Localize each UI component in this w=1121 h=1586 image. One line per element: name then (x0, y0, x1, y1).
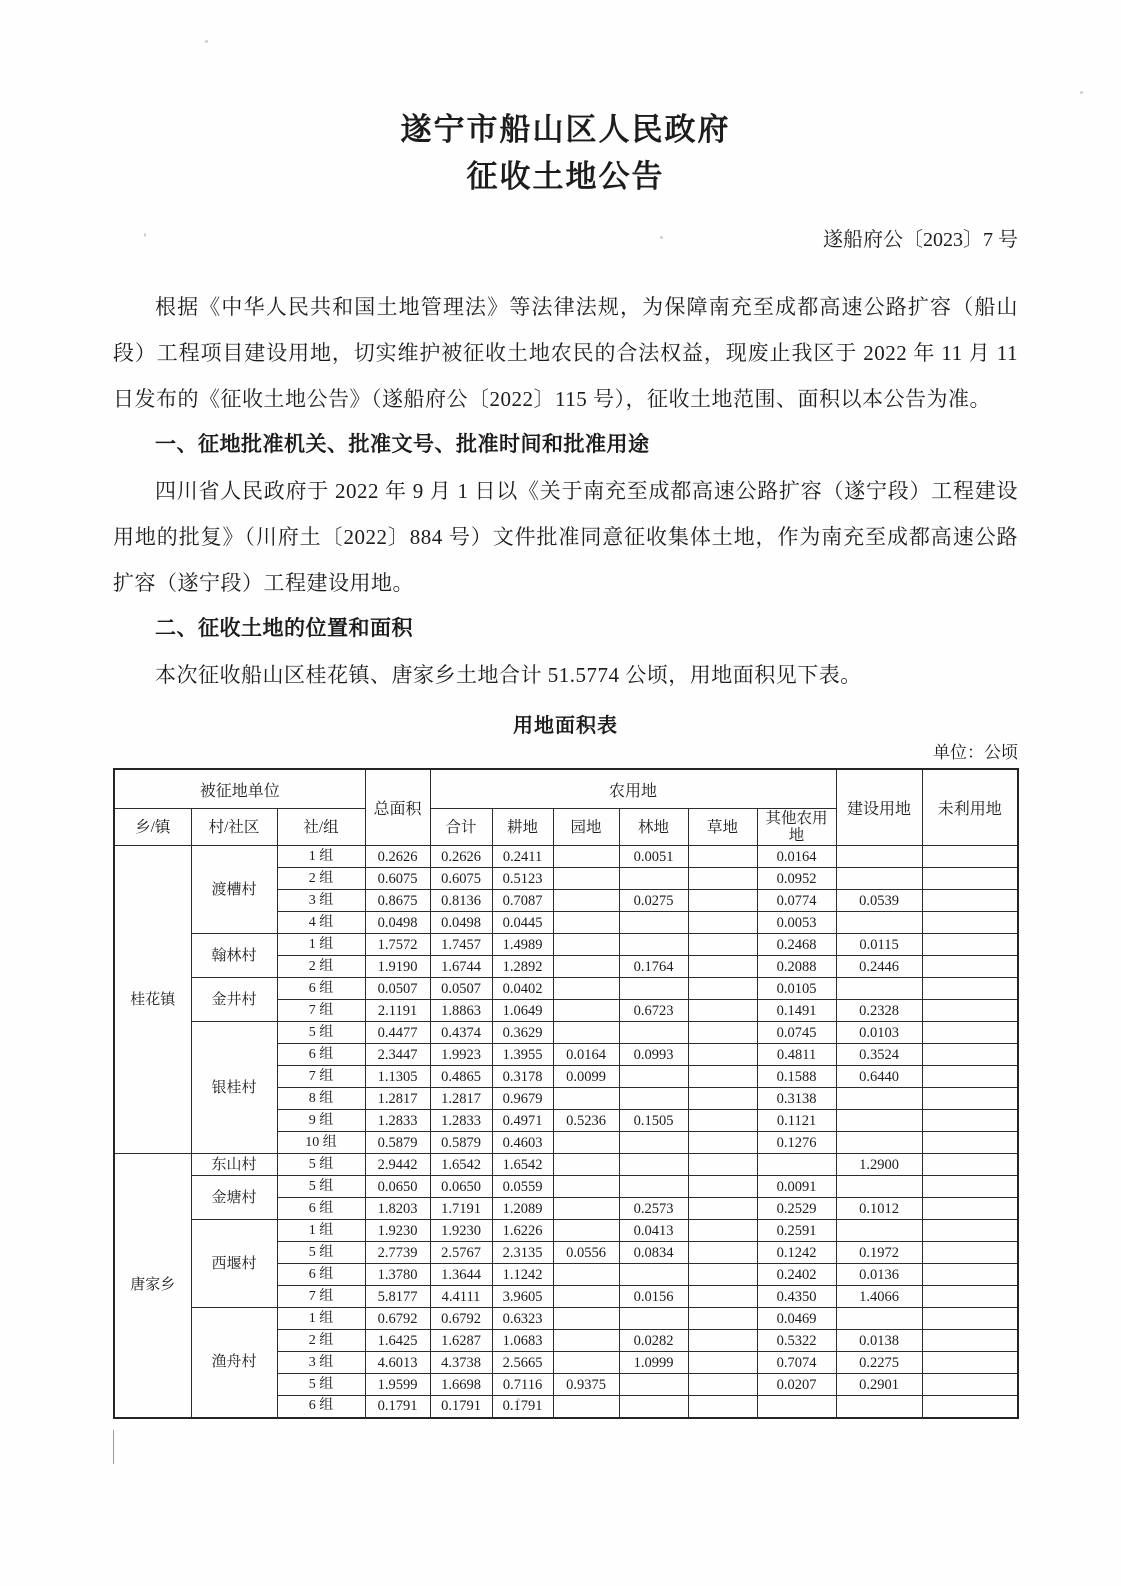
grassland-cell (688, 956, 757, 978)
group-cell: 4 组 (277, 912, 365, 934)
farmland-subtotal-cell: 1.6542 (430, 1154, 492, 1176)
group-cell: 5 组 (277, 1374, 365, 1396)
header-expropriated-unit: 被征地单位 (114, 769, 365, 809)
garden-cell (553, 1220, 619, 1242)
cultivated-cell: 0.4603 (492, 1132, 553, 1154)
construction-cell: 0.1012 (836, 1198, 922, 1220)
garden-cell (553, 846, 619, 868)
farmland-subtotal-cell: 1.2833 (430, 1110, 492, 1132)
other-farmland-cell: 0.0774 (757, 890, 836, 912)
grassland-cell (688, 1022, 757, 1044)
cultivated-cell: 0.5123 (492, 868, 553, 890)
header-township: 乡/镇 (114, 809, 191, 846)
forest-cell: 0.1764 (619, 956, 688, 978)
garden-cell (553, 956, 619, 978)
document-title: 遂宁市船山区人民政府 征收土地公告 (113, 106, 1018, 200)
other-farmland-cell: 0.3138 (757, 1088, 836, 1110)
total-area-cell: 2.9442 (365, 1154, 430, 1176)
total-area-cell: 5.8177 (365, 1286, 430, 1308)
total-area-cell: 1.6425 (365, 1330, 430, 1352)
total-area-cell: 0.2626 (365, 846, 430, 868)
grassland-cell (688, 1154, 757, 1176)
group-cell: 3 组 (277, 1352, 365, 1374)
construction-cell (836, 1176, 922, 1198)
construction-cell (836, 1308, 922, 1330)
village-cell: 银桂村 (191, 1022, 277, 1154)
group-cell: 6 组 (277, 1198, 365, 1220)
forest-cell (619, 1066, 688, 1088)
construction-cell: 0.0539 (836, 890, 922, 912)
unused-cell (922, 1286, 1018, 1308)
other-farmland-cell: 0.7074 (757, 1352, 836, 1374)
paragraph-approval: 四川省人民政府于 2022 年 9 月 1 日以《关于南充至成都高速公路扩容（遂… (113, 468, 1018, 606)
total-area-cell: 0.8675 (365, 890, 430, 912)
document-content: 遂宁市船山区人民政府 征收土地公告 遂船府公〔2023〕7 号 根据《中华人民共… (0, 106, 1121, 1419)
unused-cell (922, 1044, 1018, 1066)
grassland-cell (688, 1132, 757, 1154)
cultivated-cell: 0.2411 (492, 846, 553, 868)
total-area-cell: 0.0507 (365, 978, 430, 1000)
total-area-cell: 0.1791 (365, 1396, 430, 1418)
cultivated-cell: 0.7087 (492, 890, 553, 912)
garden-cell (553, 978, 619, 1000)
construction-cell: 1.4066 (836, 1286, 922, 1308)
group-cell: 8 组 (277, 1088, 365, 1110)
unused-cell (922, 1308, 1018, 1330)
forest-cell (619, 1088, 688, 1110)
construction-cell: 0.6440 (836, 1066, 922, 1088)
forest-cell (619, 1374, 688, 1396)
table-header-row-1: 被征地单位 总面积 农用地 建设用地 未利用地 (114, 769, 1018, 809)
construction-cell (836, 1088, 922, 1110)
farmland-subtotal-cell: 2.5767 (430, 1242, 492, 1264)
other-farmland-cell: 0.2088 (757, 956, 836, 978)
farmland-subtotal-cell: 1.9923 (430, 1044, 492, 1066)
table-row: 翰林村1 组1.75721.74571.49890.24680.0115 (114, 934, 1018, 956)
construction-cell: 0.2446 (836, 956, 922, 978)
garden-cell: 0.0164 (553, 1044, 619, 1066)
grassland-cell (688, 1110, 757, 1132)
farmland-subtotal-cell: 0.6075 (430, 868, 492, 890)
unused-cell (922, 1022, 1018, 1044)
village-cell: 渡槽村 (191, 846, 277, 934)
scan-speck (517, 1398, 520, 1401)
cultivated-cell: 0.0559 (492, 1176, 553, 1198)
grassland-cell (688, 1286, 757, 1308)
forest-cell: 0.0834 (619, 1242, 688, 1264)
header-group: 社/组 (277, 809, 365, 846)
unused-cell (922, 978, 1018, 1000)
cultivated-cell: 1.1242 (492, 1264, 553, 1286)
construction-cell: 1.2900 (836, 1154, 922, 1176)
garden-cell (553, 1088, 619, 1110)
farmland-subtotal-cell: 1.8863 (430, 1000, 492, 1022)
forest-cell: 0.0413 (619, 1220, 688, 1242)
scan-speck (1080, 91, 1083, 94)
header-forest: 林地 (619, 809, 688, 846)
cultivated-cell: 1.3955 (492, 1044, 553, 1066)
forest-cell (619, 1022, 688, 1044)
grassland-cell (688, 1330, 757, 1352)
grassland-cell (688, 1000, 757, 1022)
other-farmland-cell: 0.0164 (757, 846, 836, 868)
unused-cell (922, 1110, 1018, 1132)
farmland-subtotal-cell: 1.6744 (430, 956, 492, 978)
cultivated-cell: 3.9605 (492, 1286, 553, 1308)
grassland-cell (688, 1066, 757, 1088)
table-row: 唐家乡东山村5 组2.94421.65421.65421.2900 (114, 1154, 1018, 1176)
unused-cell (922, 1000, 1018, 1022)
grassland-cell (688, 1264, 757, 1286)
group-cell: 3 组 (277, 890, 365, 912)
other-farmland-cell (757, 1154, 836, 1176)
farmland-subtotal-cell: 0.6792 (430, 1308, 492, 1330)
unused-cell (922, 846, 1018, 868)
total-area-cell: 1.9190 (365, 956, 430, 978)
construction-cell (836, 1396, 922, 1418)
grassland-cell (688, 1088, 757, 1110)
scan-speck (205, 40, 208, 43)
garden-cell (553, 1352, 619, 1374)
township-cell: 唐家乡 (114, 1154, 191, 1418)
group-cell: 2 组 (277, 1330, 365, 1352)
total-area-cell: 0.6792 (365, 1308, 430, 1330)
total-area-cell: 1.2817 (365, 1088, 430, 1110)
grassland-cell (688, 890, 757, 912)
village-cell: 东山村 (191, 1154, 277, 1176)
forest-cell: 0.0275 (619, 890, 688, 912)
group-cell: 6 组 (277, 1044, 365, 1066)
forest-cell: 0.1505 (619, 1110, 688, 1132)
farmland-subtotal-cell: 0.1791 (430, 1396, 492, 1418)
farmland-subtotal-cell: 0.2626 (430, 846, 492, 868)
total-area-cell: 2.7739 (365, 1242, 430, 1264)
section-heading-approval: 一、征地批准机关、批准文号、批准时间和批准用途 (113, 422, 1018, 468)
grassland-cell (688, 912, 757, 934)
header-other-farmland: 其他农用地 (757, 809, 836, 846)
other-farmland-cell: 0.4350 (757, 1286, 836, 1308)
group-cell: 7 组 (277, 1000, 365, 1022)
table-title: 用地面积表 (113, 712, 1018, 740)
cultivated-cell: 0.6323 (492, 1308, 553, 1330)
garden-cell: 0.0556 (553, 1242, 619, 1264)
construction-cell (836, 1110, 922, 1132)
cultivated-cell: 0.0402 (492, 978, 553, 1000)
other-farmland-cell: 0.0091 (757, 1176, 836, 1198)
other-farmland-cell: 0.1276 (757, 1132, 836, 1154)
unused-cell (922, 868, 1018, 890)
group-cell: 1 组 (277, 846, 365, 868)
total-area-cell: 0.5879 (365, 1132, 430, 1154)
farmland-subtotal-cell: 1.3644 (430, 1264, 492, 1286)
unused-cell (922, 1198, 1018, 1220)
group-cell: 1 组 (277, 934, 365, 956)
header-cultivated: 耕地 (492, 809, 553, 846)
garden-cell (553, 1264, 619, 1286)
other-farmland-cell: 0.0207 (757, 1374, 836, 1396)
header-grassland: 草地 (688, 809, 757, 846)
cultivated-cell: 2.5665 (492, 1352, 553, 1374)
header-village: 村/社区 (191, 809, 277, 846)
grassland-cell (688, 1374, 757, 1396)
unused-cell (922, 1154, 1018, 1176)
section-heading-location: 二、征收土地的位置和面积 (113, 606, 1018, 652)
group-cell: 6 组 (277, 1396, 365, 1418)
forest-cell (619, 1176, 688, 1198)
other-farmland-cell: 0.1121 (757, 1110, 836, 1132)
forest-cell: 0.0993 (619, 1044, 688, 1066)
farmland-subtotal-cell: 0.4865 (430, 1066, 492, 1088)
farmland-subtotal-cell: 1.7457 (430, 934, 492, 956)
farmland-subtotal-cell: 1.2817 (430, 1088, 492, 1110)
group-cell: 5 组 (277, 1154, 365, 1176)
header-subtotal: 合计 (430, 809, 492, 846)
table-row: 金塘村5 组0.06500.06500.05590.0091 (114, 1176, 1018, 1198)
grassland-cell (688, 1396, 757, 1418)
construction-cell: 0.2275 (836, 1352, 922, 1374)
village-cell: 翰林村 (191, 934, 277, 978)
scan-speck (144, 233, 146, 237)
village-cell: 渔舟村 (191, 1308, 277, 1418)
cultivated-cell: 0.1791 (492, 1396, 553, 1418)
cultivated-cell: 1.6542 (492, 1154, 553, 1176)
forest-cell (619, 1154, 688, 1176)
other-farmland-cell: 0.0105 (757, 978, 836, 1000)
forest-cell (619, 1308, 688, 1330)
forest-cell (619, 1264, 688, 1286)
forest-cell (619, 978, 688, 1000)
grassland-cell (688, 1044, 757, 1066)
other-farmland-cell: 0.2468 (757, 934, 836, 956)
garden-cell (553, 868, 619, 890)
unused-cell (922, 1176, 1018, 1198)
land-area-table: 被征地单位 总面积 农用地 建设用地 未利用地 乡/镇 村/社区 社/组 合计 … (113, 768, 1019, 1419)
table-row: 桂花镇渡槽村1 组0.26260.26260.24110.00510.0164 (114, 846, 1018, 868)
other-farmland-cell: 0.0053 (757, 912, 836, 934)
grassland-cell (688, 846, 757, 868)
garden-cell (553, 1154, 619, 1176)
scan-speck (660, 236, 663, 239)
cultivated-cell: 2.3135 (492, 1242, 553, 1264)
construction-cell: 0.0115 (836, 934, 922, 956)
garden-cell (553, 1330, 619, 1352)
group-cell: 7 组 (277, 1286, 365, 1308)
other-farmland-cell: 0.1588 (757, 1066, 836, 1088)
cultivated-cell: 0.0445 (492, 912, 553, 934)
other-farmland-cell (757, 1396, 836, 1418)
group-cell: 5 组 (277, 1242, 365, 1264)
cultivated-cell: 1.0649 (492, 1000, 553, 1022)
cultivated-cell: 0.3629 (492, 1022, 553, 1044)
group-cell: 1 组 (277, 1220, 365, 1242)
farmland-subtotal-cell: 0.0507 (430, 978, 492, 1000)
header-construction-land: 建设用地 (836, 769, 922, 846)
forest-cell (619, 868, 688, 890)
garden-cell (553, 1000, 619, 1022)
header-unused-land: 未利用地 (922, 769, 1018, 846)
unused-cell (922, 1220, 1018, 1242)
forest-cell (619, 934, 688, 956)
group-cell: 2 组 (277, 956, 365, 978)
total-area-cell: 1.2833 (365, 1110, 430, 1132)
village-cell: 西堰村 (191, 1220, 277, 1308)
group-cell: 7 组 (277, 1066, 365, 1088)
construction-cell: 0.2901 (836, 1374, 922, 1396)
unused-cell (922, 1132, 1018, 1154)
group-cell: 5 组 (277, 1176, 365, 1198)
unused-cell (922, 912, 1018, 934)
garden-cell (553, 1286, 619, 1308)
garden-cell (553, 1396, 619, 1418)
forest-cell (619, 1396, 688, 1418)
total-area-cell: 1.1305 (365, 1066, 430, 1088)
farmland-subtotal-cell: 1.9230 (430, 1220, 492, 1242)
other-farmland-cell: 0.2529 (757, 1198, 836, 1220)
table-row: 渔舟村1 组0.67920.67920.63230.0469 (114, 1308, 1018, 1330)
cultivated-cell: 1.2892 (492, 956, 553, 978)
unused-cell (922, 1352, 1018, 1374)
other-farmland-cell: 0.5322 (757, 1330, 836, 1352)
paragraph-intro: 根据《中华人民共和国土地管理法》等法律法规，为保障南充至成都高速公路扩容（船山段… (113, 284, 1018, 422)
other-farmland-cell: 0.0469 (757, 1308, 836, 1330)
total-area-cell: 1.9599 (365, 1374, 430, 1396)
farmland-subtotal-cell: 0.5879 (430, 1132, 492, 1154)
table-header: 被征地单位 总面积 农用地 建设用地 未利用地 乡/镇 村/社区 社/组 合计 … (114, 769, 1018, 846)
garden-cell: 0.9375 (553, 1374, 619, 1396)
unused-cell (922, 1374, 1018, 1396)
grassland-cell (688, 1352, 757, 1374)
garden-cell (553, 912, 619, 934)
group-cell: 10 组 (277, 1132, 365, 1154)
construction-cell (836, 912, 922, 934)
farmland-subtotal-cell: 0.8136 (430, 890, 492, 912)
construction-cell: 0.2328 (836, 1000, 922, 1022)
village-cell: 金井村 (191, 978, 277, 1022)
unused-cell (922, 1242, 1018, 1264)
township-cell: 桂花镇 (114, 846, 191, 1154)
group-cell: 2 组 (277, 868, 365, 890)
table-unit-note: 单位：公顷 (113, 742, 1018, 764)
cultivated-cell: 1.6226 (492, 1220, 553, 1242)
total-area-cell: 0.0498 (365, 912, 430, 934)
table-body: 桂花镇渡槽村1 组0.26260.26260.24110.00510.01642… (114, 846, 1018, 1418)
other-farmland-cell: 0.0952 (757, 868, 836, 890)
table-row: 西堰村1 组1.92301.92301.62260.04130.2591 (114, 1220, 1018, 1242)
garden-cell (553, 934, 619, 956)
header-farmland: 农用地 (430, 769, 836, 809)
cultivated-cell: 1.0683 (492, 1330, 553, 1352)
total-area-cell: 1.7572 (365, 934, 430, 956)
other-farmland-cell: 0.2402 (757, 1264, 836, 1286)
construction-cell: 0.0103 (836, 1022, 922, 1044)
header-total-area: 总面积 (365, 769, 430, 846)
table-row: 银桂村5 组0.44770.43740.36290.07450.0103 (114, 1022, 1018, 1044)
garden-cell (553, 1132, 619, 1154)
paragraph-location: 本次征收船山区桂花镇、唐家乡土地合计 51.5774 公顷，用地面积见下表。 (113, 652, 1018, 698)
unused-cell (922, 890, 1018, 912)
grassland-cell (688, 1220, 757, 1242)
unused-cell (922, 1264, 1018, 1286)
total-area-cell: 2.3447 (365, 1044, 430, 1066)
construction-cell (836, 1220, 922, 1242)
grassland-cell (688, 1308, 757, 1330)
construction-cell (836, 1132, 922, 1154)
document-number: 遂船府公〔2023〕7 号 (113, 226, 1018, 254)
construction-cell: 0.3524 (836, 1044, 922, 1066)
group-cell: 1 组 (277, 1308, 365, 1330)
garden-cell (553, 1176, 619, 1198)
garden-cell (553, 1308, 619, 1330)
other-farmland-cell: 0.0745 (757, 1022, 836, 1044)
construction-cell: 0.0136 (836, 1264, 922, 1286)
unused-cell (922, 956, 1018, 978)
total-area-cell: 1.3780 (365, 1264, 430, 1286)
construction-cell: 0.1972 (836, 1242, 922, 1264)
grassland-cell (688, 978, 757, 1000)
document-title-line1: 遂宁市船山区人民政府 (113, 106, 1018, 153)
grassland-cell (688, 1198, 757, 1220)
forest-cell: 0.0156 (619, 1286, 688, 1308)
cultivated-cell: 1.4989 (492, 934, 553, 956)
construction-cell: 0.0138 (836, 1330, 922, 1352)
garden-cell (553, 1022, 619, 1044)
cultivated-cell: 0.9679 (492, 1088, 553, 1110)
scan-line-artifact (113, 1430, 114, 1464)
document-title-line2: 征收土地公告 (113, 153, 1018, 200)
other-farmland-cell: 0.4811 (757, 1044, 836, 1066)
farmland-subtotal-cell: 1.6698 (430, 1374, 492, 1396)
farmland-subtotal-cell: 0.4374 (430, 1022, 492, 1044)
header-garden: 园地 (553, 809, 619, 846)
farmland-subtotal-cell: 4.4111 (430, 1286, 492, 1308)
total-area-cell: 1.8203 (365, 1198, 430, 1220)
group-cell: 5 组 (277, 1022, 365, 1044)
cultivated-cell: 0.3178 (492, 1066, 553, 1088)
farmland-subtotal-cell: 4.3738 (430, 1352, 492, 1374)
farmland-subtotal-cell: 1.6287 (430, 1330, 492, 1352)
unused-cell (922, 934, 1018, 956)
forest-cell (619, 912, 688, 934)
group-cell: 6 组 (277, 1264, 365, 1286)
unused-cell (922, 1088, 1018, 1110)
other-farmland-cell: 0.1242 (757, 1242, 836, 1264)
garden-cell: 0.5236 (553, 1110, 619, 1132)
farmland-subtotal-cell: 1.7191 (430, 1198, 492, 1220)
forest-cell: 1.0999 (619, 1352, 688, 1374)
total-area-cell: 0.0650 (365, 1176, 430, 1198)
grassland-cell (688, 868, 757, 890)
document-page: 遂宁市船山区人民政府 征收土地公告 遂船府公〔2023〕7 号 根据《中华人民共… (0, 0, 1121, 1586)
construction-cell (836, 978, 922, 1000)
table-row: 金井村6 组0.05070.05070.04020.0105 (114, 978, 1018, 1000)
total-area-cell: 4.6013 (365, 1352, 430, 1374)
group-cell: 9 组 (277, 1110, 365, 1132)
unused-cell (922, 1330, 1018, 1352)
unused-cell (922, 1066, 1018, 1088)
group-cell: 6 组 (277, 978, 365, 1000)
forest-cell: 0.6723 (619, 1000, 688, 1022)
forest-cell (619, 1132, 688, 1154)
village-cell: 金塘村 (191, 1176, 277, 1220)
grassland-cell (688, 1242, 757, 1264)
forest-cell: 0.0051 (619, 846, 688, 868)
farmland-subtotal-cell: 0.0650 (430, 1176, 492, 1198)
grassland-cell (688, 934, 757, 956)
total-area-cell: 0.4477 (365, 1022, 430, 1044)
cultivated-cell: 0.4971 (492, 1110, 553, 1132)
grassland-cell (688, 1176, 757, 1198)
forest-cell: 0.2573 (619, 1198, 688, 1220)
